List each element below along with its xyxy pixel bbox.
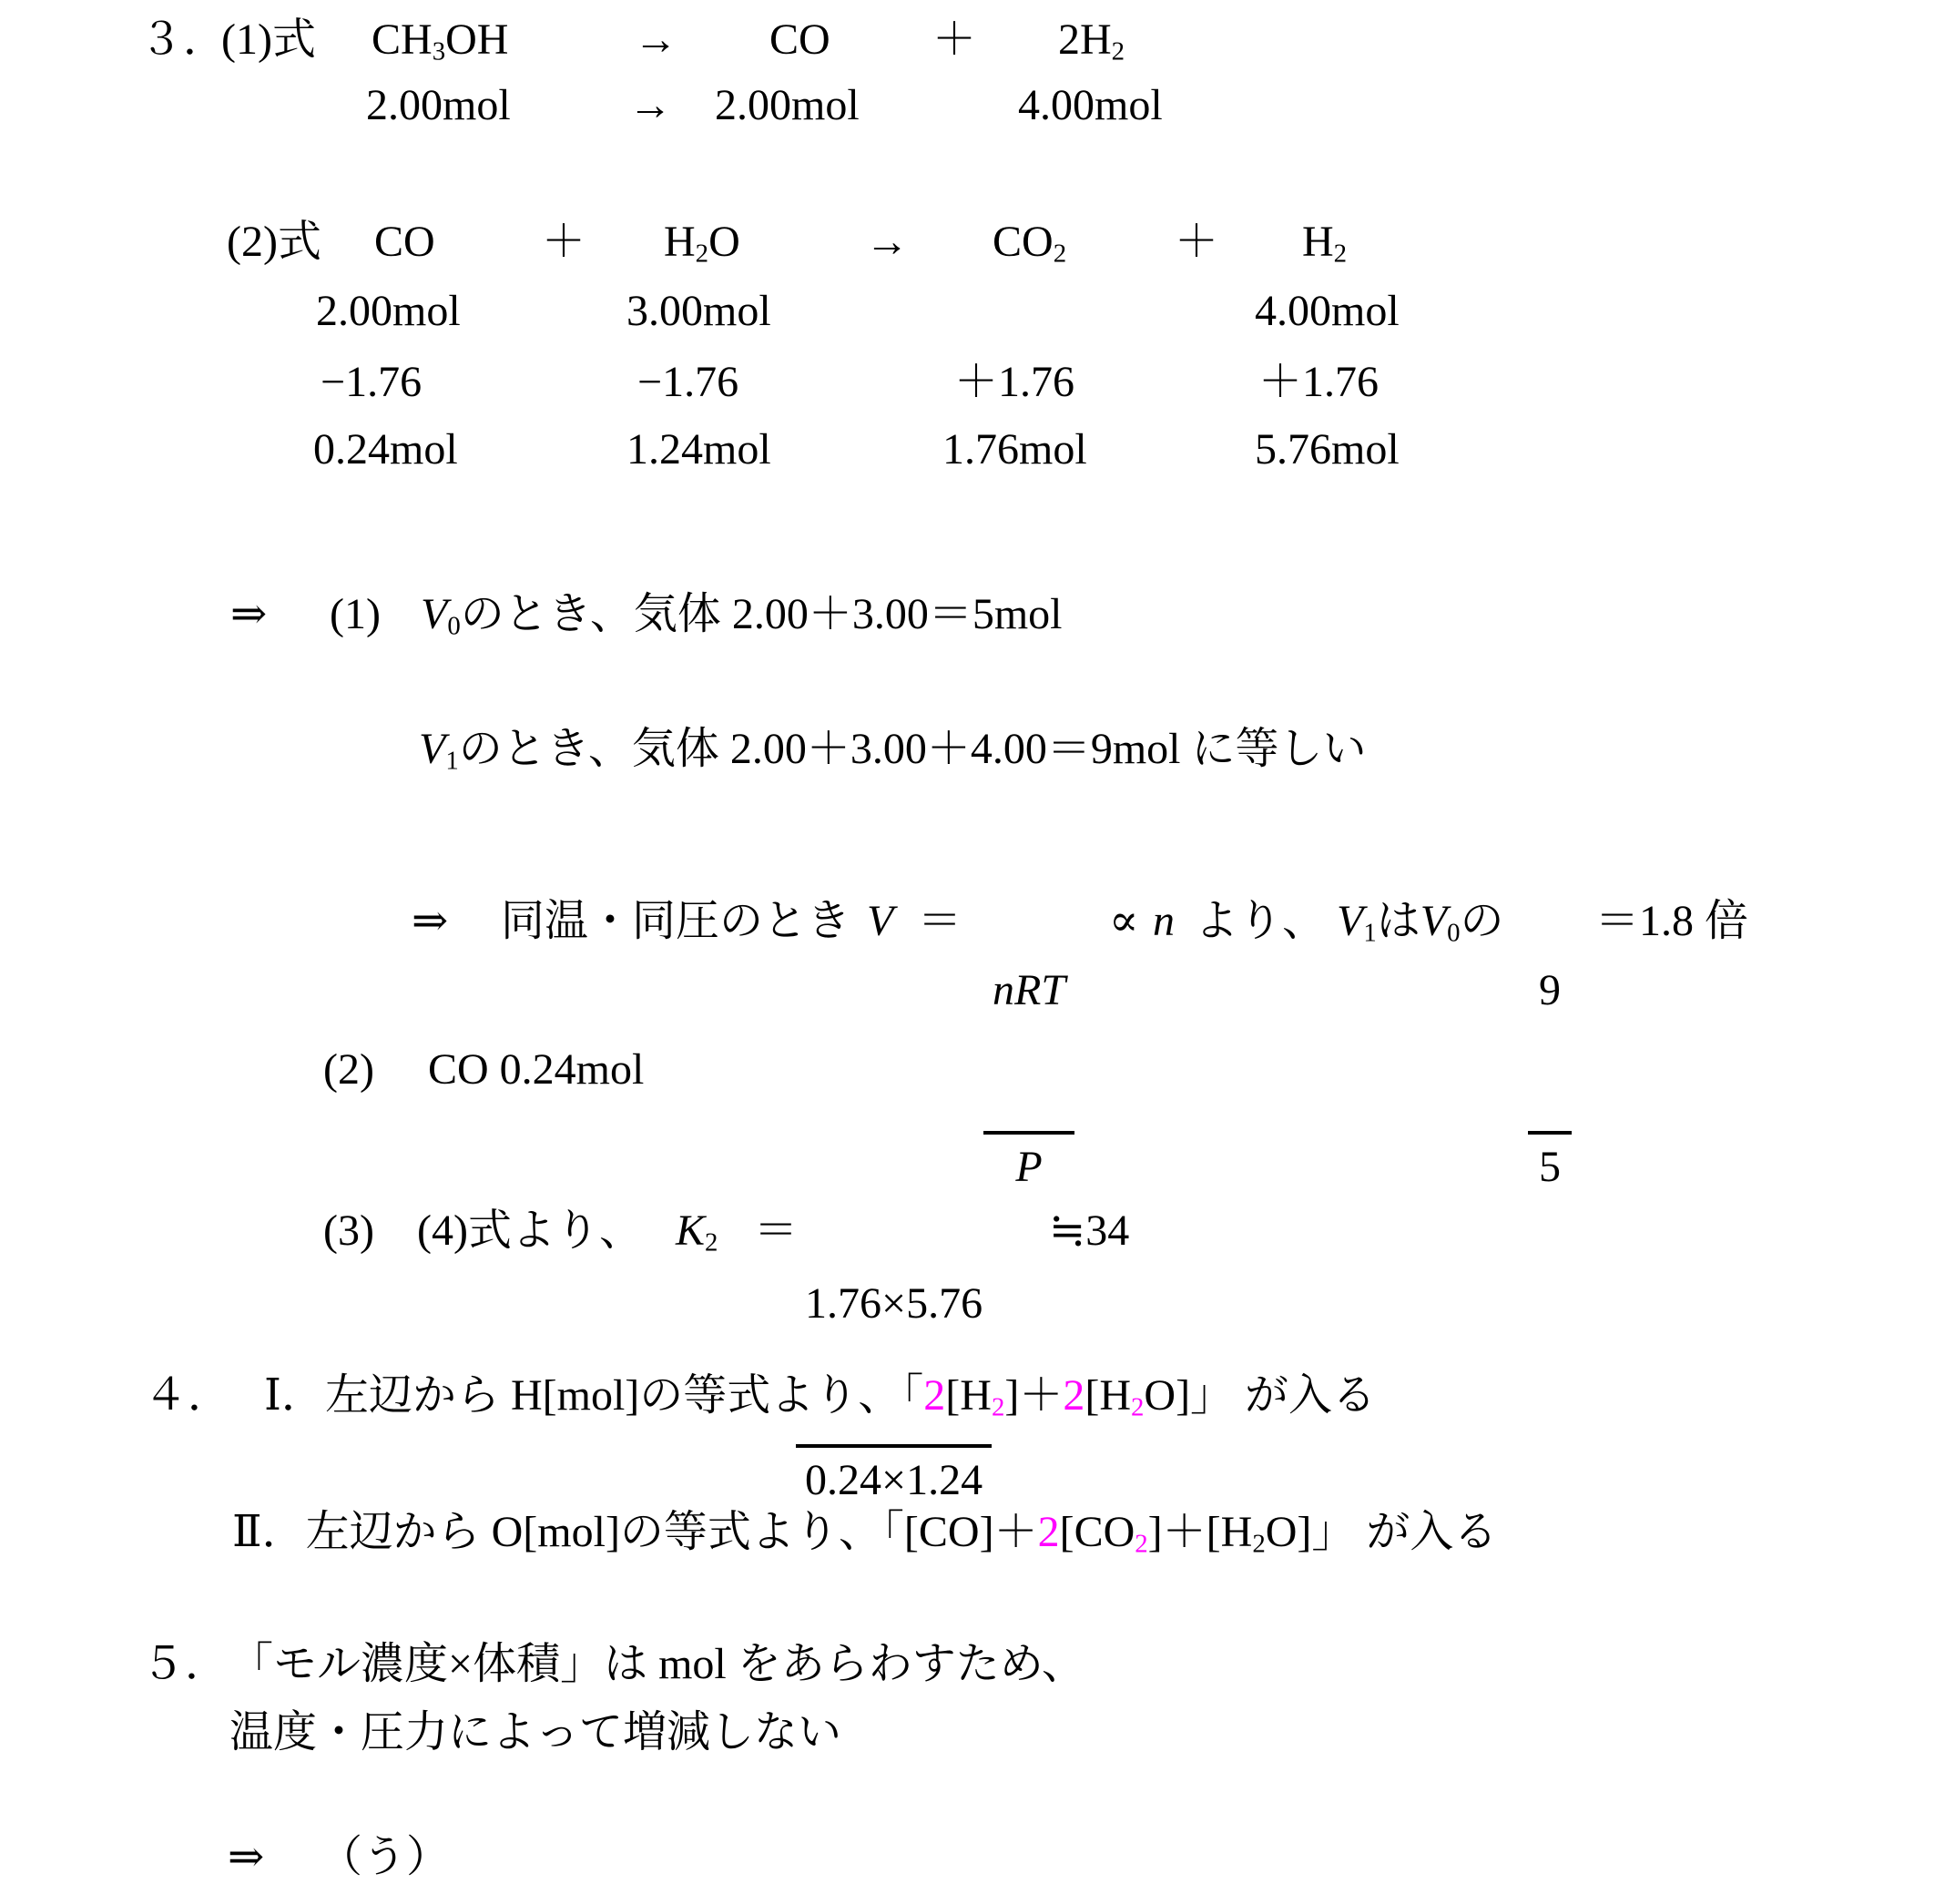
eq2-species-co: CO (374, 215, 435, 270)
eq2-initial-co: 2.00mol (316, 284, 461, 339)
ans1-v0-line: V0のとき、気体 2.00＋3.00＝5mol (421, 587, 1063, 642)
ans3-frac-denominator: 0.24×1.24 (796, 1444, 992, 1508)
eq2-species-h2: H2 (1302, 215, 1347, 270)
ans1-v1-v0-phrase: V1はV0の (1337, 894, 1504, 949)
eq2-change-co2: ＋1.76 (954, 355, 1074, 410)
section5-number: ５． (141, 1637, 229, 1692)
section5-answer: （う） (319, 1830, 450, 1885)
eq2-final-h2: 5.76mol (1255, 423, 1400, 477)
ans3-frac-numerator: 1.76×5.76 (796, 1277, 992, 1335)
eq1-reactant-ch3oh: CH3OH (372, 13, 508, 67)
ans1-eq-sign: ＝ (918, 894, 962, 949)
ans1-frac-numerator: nRT (983, 963, 1074, 1022)
eq1-mol-arrow: → (628, 78, 672, 133)
ans1-var-v: V (867, 894, 893, 949)
section4-line1: Ⅰ．左辺から H[mol]の等式より、「2[H2]＋2[H2O]」 が入る (264, 1369, 1376, 1423)
eq1-label: (1)式 (221, 13, 316, 67)
section5-line2: 温度・圧力によって増減しない (229, 1705, 841, 1760)
section5-line1: 「モル濃度×体積」は mol をあらわすため、 (229, 1637, 1085, 1692)
section4-number: ４． (144, 1369, 231, 1423)
eq2-initial-h2: 4.00mol (1255, 284, 1400, 339)
eq2-species-h2o: H2O (664, 215, 740, 270)
eq2-final-co2: 1.76mol (942, 423, 1087, 477)
eq2-change-h2: ＋1.76 (1258, 355, 1379, 410)
eq1-mol-rhs2: 4.00mol (1018, 78, 1163, 133)
ans1-implies-arrow: ⇒ (230, 587, 267, 642)
ans3-approx-result: ≒34 (1049, 1204, 1129, 1258)
ans2-label: (2) (323, 1043, 374, 1097)
ans1-label: (1) (330, 587, 381, 642)
eq1-mol-rhs1: 2.00mol (715, 78, 860, 133)
eq1-arrow: → (634, 13, 677, 67)
ans1-result: ＝1.8 倍 (1595, 894, 1748, 949)
eq2-change-h2o: −1.76 (637, 355, 738, 410)
eq1-plus: ＋ (932, 13, 976, 67)
section4-line2: Ⅱ．左辺から O[mol]の等式より、「[CO]＋2[CO2]＋[H2O]」 が… (232, 1505, 1497, 1560)
eq2-change-co: −1.76 (321, 355, 422, 410)
section5-answer-arrow: ⇒ (228, 1830, 264, 1885)
eq2-label: (2)式 (227, 215, 321, 270)
eq2-plus-1: ＋ (542, 215, 585, 270)
eq2-final-h2o: 1.24mol (626, 423, 771, 477)
ans3-eq-sign: ＝ (754, 1204, 798, 1258)
eq1-product-2h2: 2H2 (1058, 13, 1125, 67)
section3-number: ３． (139, 13, 227, 67)
document-page: ３． (1)式 CH3OH → CO ＋ 2H2 2.00mol → 2.00m… (0, 0, 1955, 1904)
ans1-yori: より、 (1195, 894, 1326, 949)
ans1-v1-line: V1のとき、気体 2.00＋3.00＋4.00＝9mol に等しい (419, 722, 1367, 777)
eq2-plus-2: ＋ (1175, 215, 1218, 270)
ans3-pre: (4)式より、 (417, 1204, 643, 1258)
eq2-initial-h2o: 3.00mol (626, 284, 771, 339)
ans1-frac-denominator: P (983, 1131, 1074, 1195)
ans1-frac95-denominator: 5 (1528, 1131, 1572, 1195)
eq2-species-co2: CO2 (993, 215, 1066, 270)
ans1-fraction-9-5: 9 5 (1528, 854, 1572, 1304)
ans2-text: CO 0.24mol (428, 1043, 644, 1097)
ans1-propto-sign: ∝ (1109, 894, 1138, 949)
ans3-k2-symbol: K2 (676, 1204, 718, 1258)
ans1-frac95-numerator: 9 (1528, 963, 1572, 1022)
ans3-label: (3) (323, 1204, 374, 1258)
ans1-concl-pre: 同温・同圧のとき (501, 894, 850, 949)
eq2-final-co: 0.24mol (313, 423, 458, 477)
eq2-arrow: → (865, 215, 909, 270)
eq1-product-co: CO (769, 13, 830, 67)
eq1-mol-lhs: 2.00mol (366, 78, 511, 133)
ans1-concl-arrow: ⇒ (412, 894, 448, 949)
ans1-var-n: n (1153, 894, 1175, 949)
